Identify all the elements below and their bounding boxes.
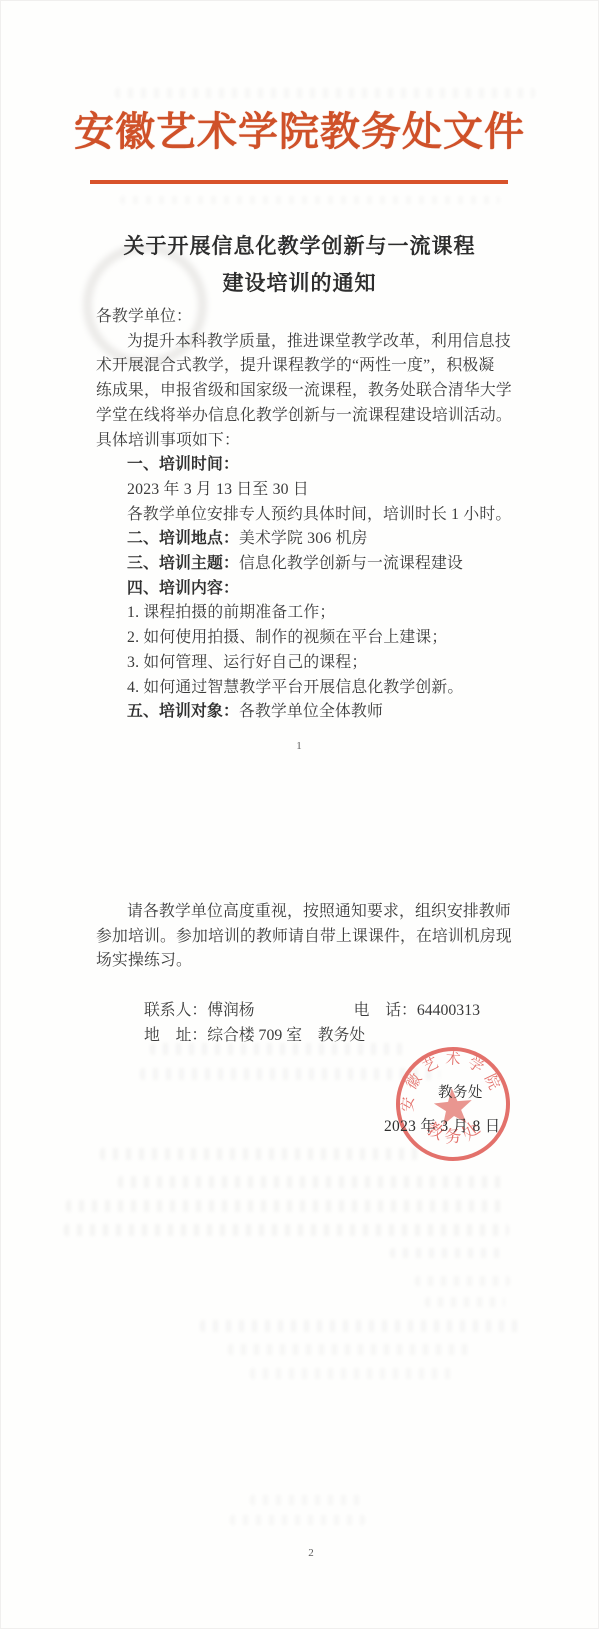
section-label: 二、培训地点： <box>127 530 239 547</box>
bleed-through-artifact <box>64 1224 509 1236</box>
bleed-through-artifact <box>390 1248 505 1258</box>
section-label: 五、培训对象： <box>127 703 239 720</box>
page-number: 2 <box>12 1547 599 1559</box>
contact-address-label: 地 址： <box>144 1027 207 1044</box>
contact-person-name: 傅润杨 <box>207 1002 254 1019</box>
line-text: 参加培训。参加培训的教师请自带上课课件，在培训机房现 <box>96 928 512 945</box>
document-text-line: 具体培训事项如下： <box>96 429 510 454</box>
contact-row-person-phone: 联系人：傅润杨 电 话：64400313 <box>144 999 480 1022</box>
document-title-line1: 关于开展信息化教学创新与一流课程 <box>0 228 599 265</box>
bleed-through-artifact <box>120 196 500 204</box>
bleed-through-artifact <box>200 1320 520 1332</box>
document-text-line: 场实操练习。 <box>96 949 510 974</box>
line-text: 信息化教学创新与一流课程建设 <box>239 555 463 572</box>
bleed-through-artifact <box>250 1495 360 1505</box>
document-text-line: 1. 课程拍摄的前期准备工作； <box>96 601 510 626</box>
document-title-line2: 建设培训的通知 <box>0 265 599 302</box>
issuing-department: 教务处 <box>438 1081 483 1102</box>
line-text: 术开展混合式教学，提升课程教学的“两性一度”，积极凝 <box>96 357 494 374</box>
document-text-line: 一、培训时间： <box>96 453 510 478</box>
contact-person-label: 联系人： <box>144 1002 207 1019</box>
page-number: 1 <box>0 740 599 752</box>
bleed-through-artifact <box>425 1297 505 1307</box>
issue-date: 2023 年 3 月 8 日 <box>384 1114 501 1136</box>
line-text: 具体培训事项如下： <box>96 432 240 449</box>
official-seal: 安徽艺术学院 教务处 <box>391 1042 515 1166</box>
document-title: 关于开展信息化教学创新与一流课程 建设培训的通知 <box>0 228 599 302</box>
section-label: 三、培训主题： <box>127 555 239 572</box>
line-text: 各教学单位： <box>96 308 192 325</box>
scanned-document-page: 安徽艺术学院教务处文件 关于开展信息化教学创新与一流课程 建设培训的通知 各教学… <box>0 0 599 1629</box>
document-text-line: 为提升本科教学质量，推进课堂教学改革，利用信息技 <box>96 330 510 355</box>
line-text: 3. 如何管理、运行好自己的课程； <box>127 654 367 671</box>
line-text: 4. 如何通过智慧教学平台开展信息化教学创新。 <box>127 679 463 696</box>
contact-person: 联系人：傅润杨 <box>144 999 255 1022</box>
line-text: 练成果，申报省级和国家级一流课程，教务处联合清华大学 <box>96 382 512 399</box>
document-text-line: 各教学单位安排专人预约具体时间，培训时长 1 小时。 <box>96 503 510 528</box>
document-text-line: 二、培训地点：美术学院 306 机房 <box>96 527 510 552</box>
document-text-line: 练成果，申报省级和国家级一流课程，教务处联合清华大学 <box>96 379 510 404</box>
document-text-line: 学堂在线将举办信息化教学创新与一流课程建设培训活动。 <box>96 404 510 429</box>
line-text: 请各教学单位高度重视，按照通知要求，组织安排教师 <box>127 903 511 920</box>
document-text-line: 3. 如何管理、运行好自己的课程； <box>96 651 510 676</box>
line-text: 2. 如何使用拍摄、制作的视频在平台上建课； <box>127 629 447 646</box>
section-label: 四、培训内容： <box>127 580 239 597</box>
line-text: 学堂在线将举办信息化教学创新与一流课程建设培训活动。 <box>96 407 512 424</box>
line-text: 各教学单位安排专人预约具体时间，培训时长 1 小时。 <box>127 506 511 523</box>
document-text-line: 参加培训。参加培训的教师请自带上课课件，在培训机房现 <box>96 925 510 950</box>
masthead-title: 安徽艺术学院教务处文件 <box>0 100 599 157</box>
line-text: 场实操练习。 <box>96 952 192 969</box>
line-text: 美术学院 306 机房 <box>239 530 368 547</box>
document-text-line: 请各教学单位高度重视，按照通知要求，组织安排教师 <box>96 900 510 925</box>
bleed-through-artifact <box>115 88 535 98</box>
bleed-through-artifact <box>66 1200 506 1212</box>
document-text-line: 4. 如何通过智慧教学平台开展信息化教学创新。 <box>96 676 510 701</box>
bleed-through-artifact <box>228 1344 473 1355</box>
section-label: 一、培训时间： <box>127 456 239 473</box>
bleed-through-artifact <box>250 1368 455 1379</box>
document-text-line: 术开展混合式教学，提升课程教学的“两性一度”，积极凝 <box>96 354 510 379</box>
notice-body-page2: 请各教学单位高度重视，按照通知要求，组织安排教师参加培训。参加培训的教师请自带上… <box>96 900 510 974</box>
document-text-line: 2. 如何使用拍摄、制作的视频在平台上建课； <box>96 626 510 651</box>
bleed-through-artifact <box>230 1515 365 1525</box>
bleed-through-artifact <box>118 1176 508 1188</box>
line-text: 1. 课程拍摄的前期准备工作； <box>127 604 335 621</box>
document-text-line: 四、培训内容： <box>96 577 510 602</box>
contact-phone-number: 64400313 <box>417 1002 480 1019</box>
contact-info: 联系人：傅润杨 电 话：64400313 地 址：综合楼 709 室 教务处 <box>144 999 480 1047</box>
line-text: 各教学单位全体教师 <box>239 703 383 720</box>
line-text: 2023 年 3 月 13 日至 30 日 <box>127 481 309 498</box>
document-text-line: 2023 年 3 月 13 日至 30 日 <box>96 478 510 503</box>
bleed-through-artifact <box>100 1148 420 1160</box>
masthead-divider <box>90 180 508 184</box>
notice-body-page1: 各教学单位：为提升本科教学质量，推进课堂教学改革，利用信息技术开展混合式教学，提… <box>96 305 510 725</box>
bleed-through-artifact <box>415 1276 510 1286</box>
line-text: 为提升本科教学质量，推进课堂教学改革，利用信息技 <box>127 333 511 350</box>
contact-address-value: 综合楼 709 室 教务处 <box>207 1027 365 1044</box>
document-text-line: 各教学单位： <box>96 305 510 330</box>
document-text-line: 三、培训主题：信息化教学创新与一流课程建设 <box>96 552 510 577</box>
contact-phone-label: 电 话： <box>354 1002 417 1019</box>
document-text-line: 五、培训对象：各教学单位全体教师 <box>96 700 510 725</box>
contact-phone: 电 话：64400313 <box>354 999 480 1022</box>
